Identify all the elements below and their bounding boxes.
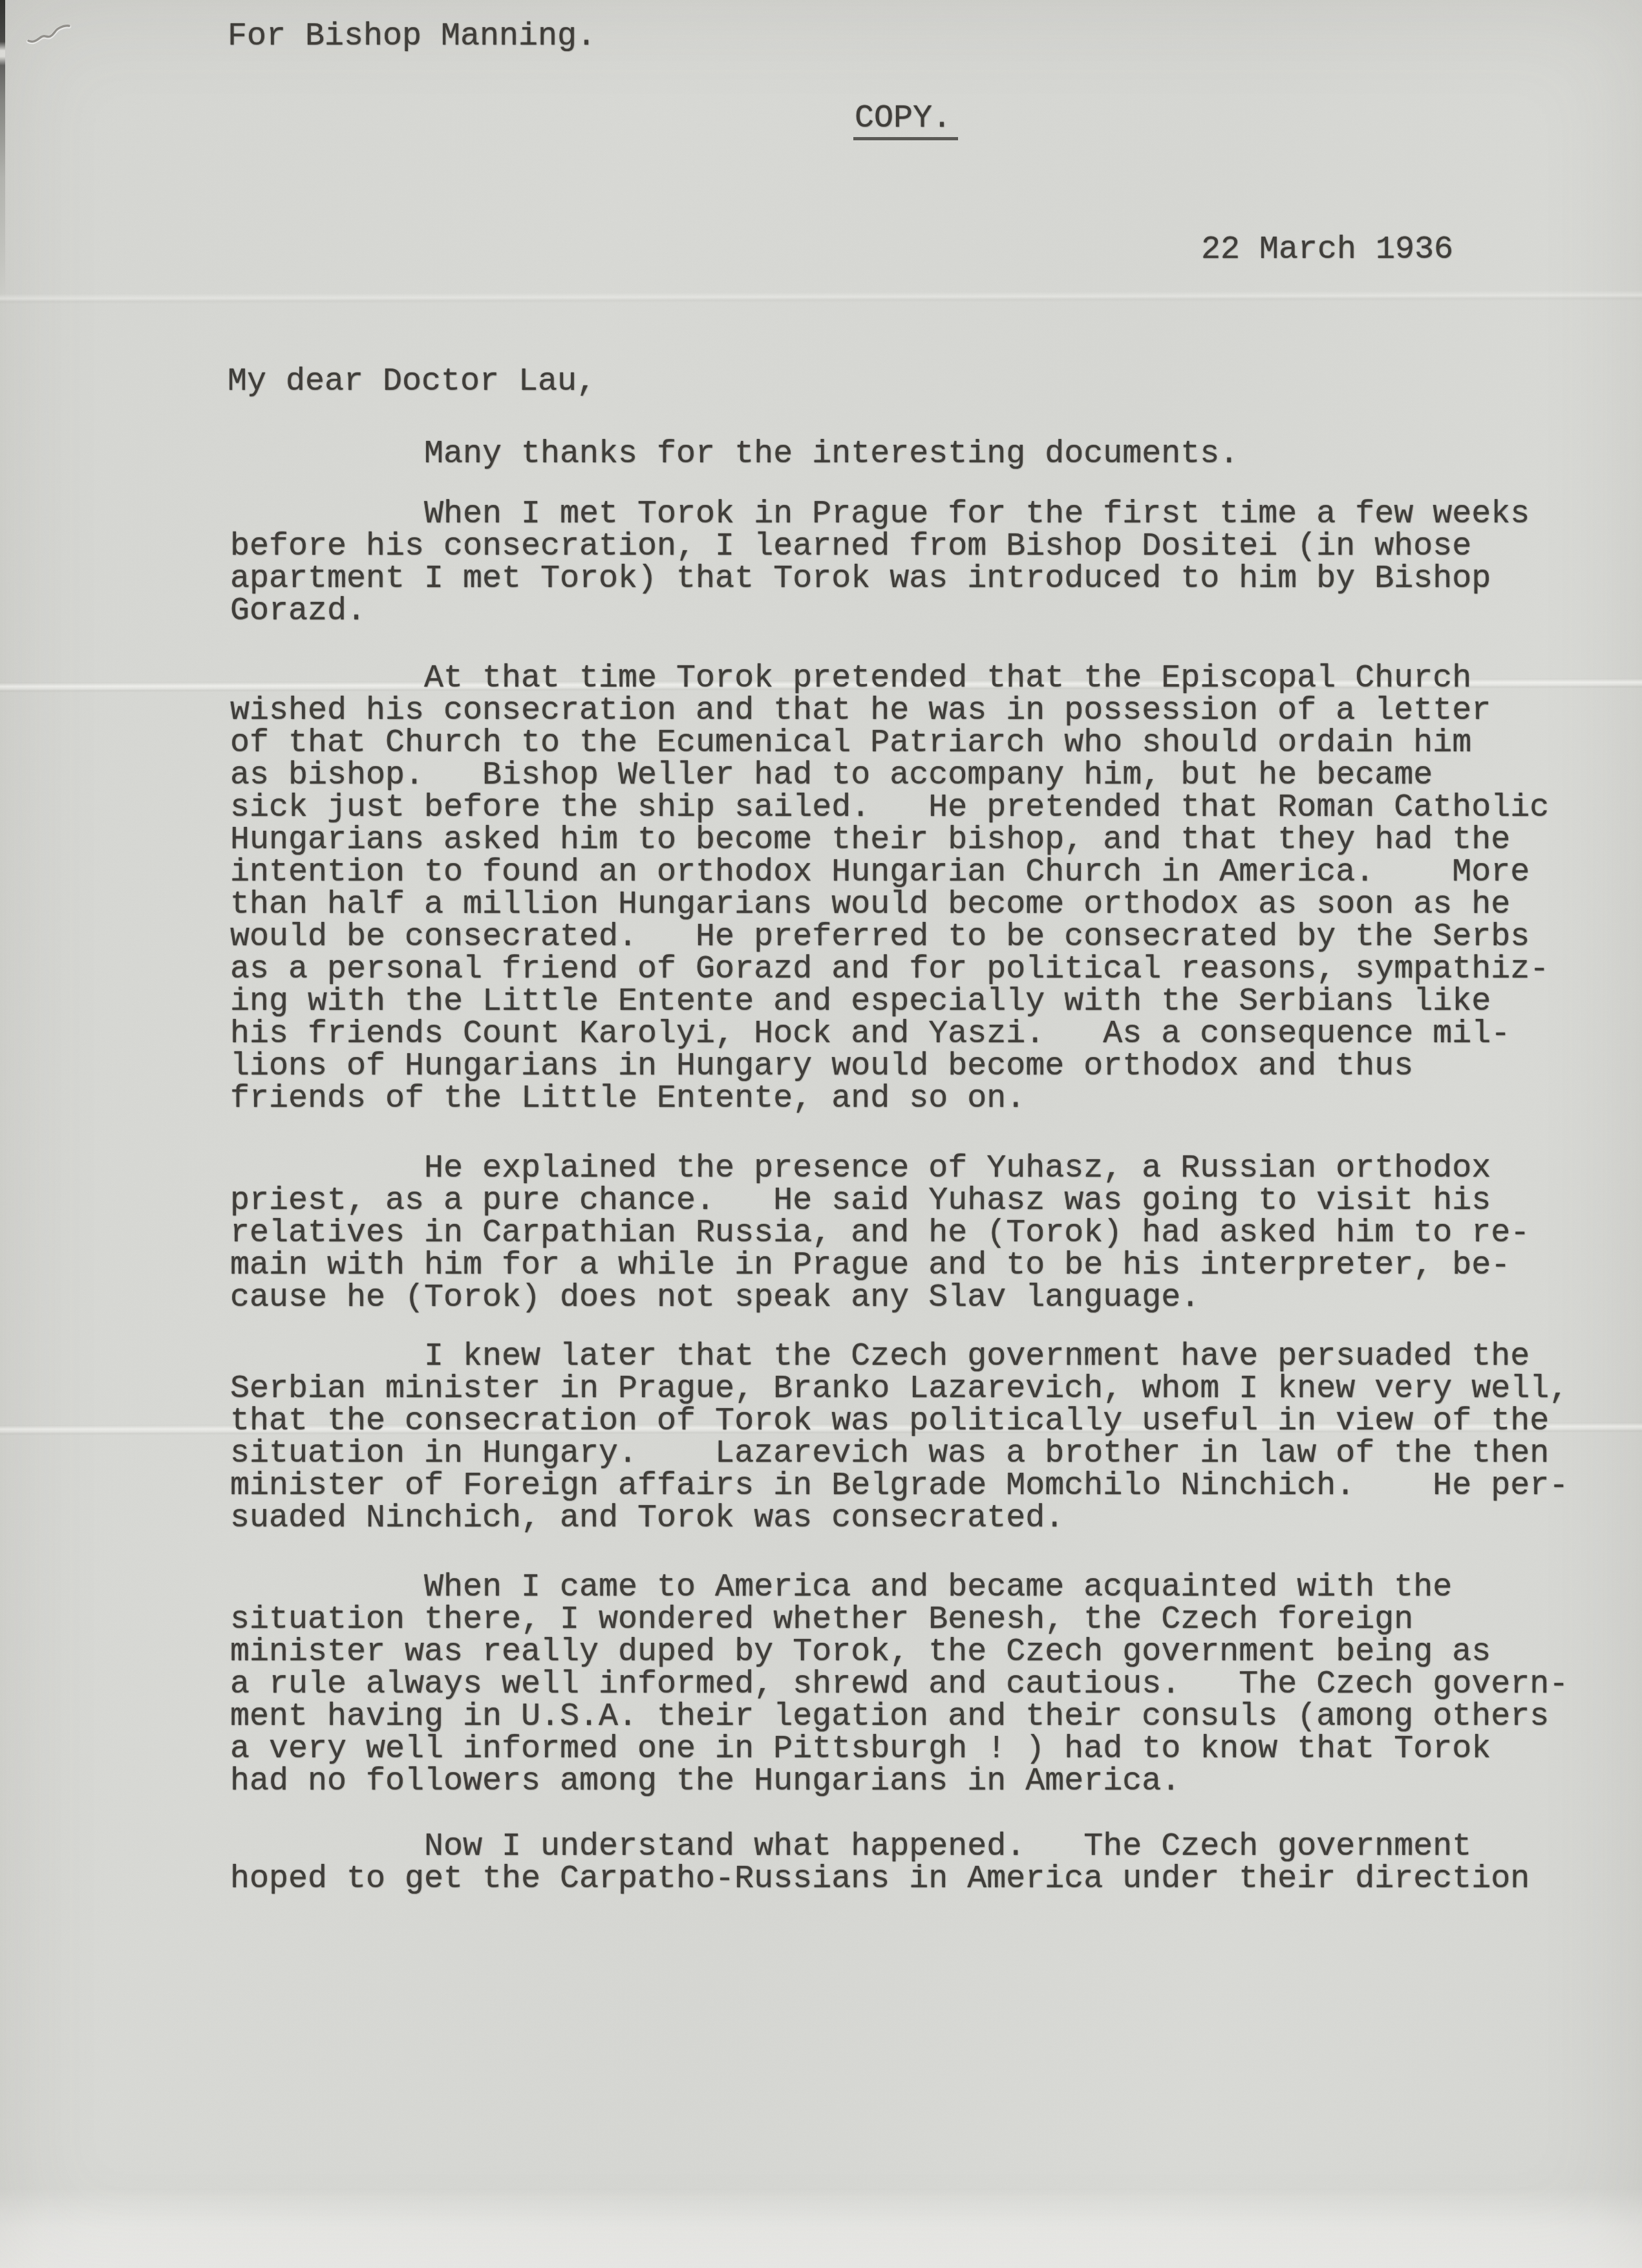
copy-heading-text: COPY. [853, 103, 958, 140]
recipient-annotation: For Bishop Manning. [228, 21, 596, 53]
salutation: My dear Doctor Lau, [228, 366, 596, 398]
paragraph-yuhasz: He explained the presence of Yuhasz, a R… [230, 1153, 1530, 1314]
handwritten-squiggle-mark [0, 0, 142, 91]
scan-edge-left [0, 0, 5, 297]
paragraph-conclusion: Now I understand what happened. The Czec… [230, 1831, 1530, 1896]
letter-page: For Bishop Manning. COPY. 22 March 1936 … [0, 0, 1642, 2268]
paragraph-meeting-torok: When I met Torok in Prague for the first… [230, 498, 1530, 628]
fold-crease-top [0, 290, 1642, 304]
paragraph-czech-government: I knew later that the Czech government h… [230, 1341, 1568, 1535]
date-line: 22 March 1936 [1201, 234, 1453, 266]
paragraph-america-situation: When I came to America and became acquai… [230, 1572, 1568, 1798]
copy-heading: COPY. [776, 70, 958, 173]
scan-grain-texture [0, 0, 1642, 2268]
paragraph-torok-pretensions: At that time Torok pretended that the Ep… [230, 663, 1549, 1115]
paragraph-thanks: Many thanks for the interesting document… [230, 438, 1239, 471]
